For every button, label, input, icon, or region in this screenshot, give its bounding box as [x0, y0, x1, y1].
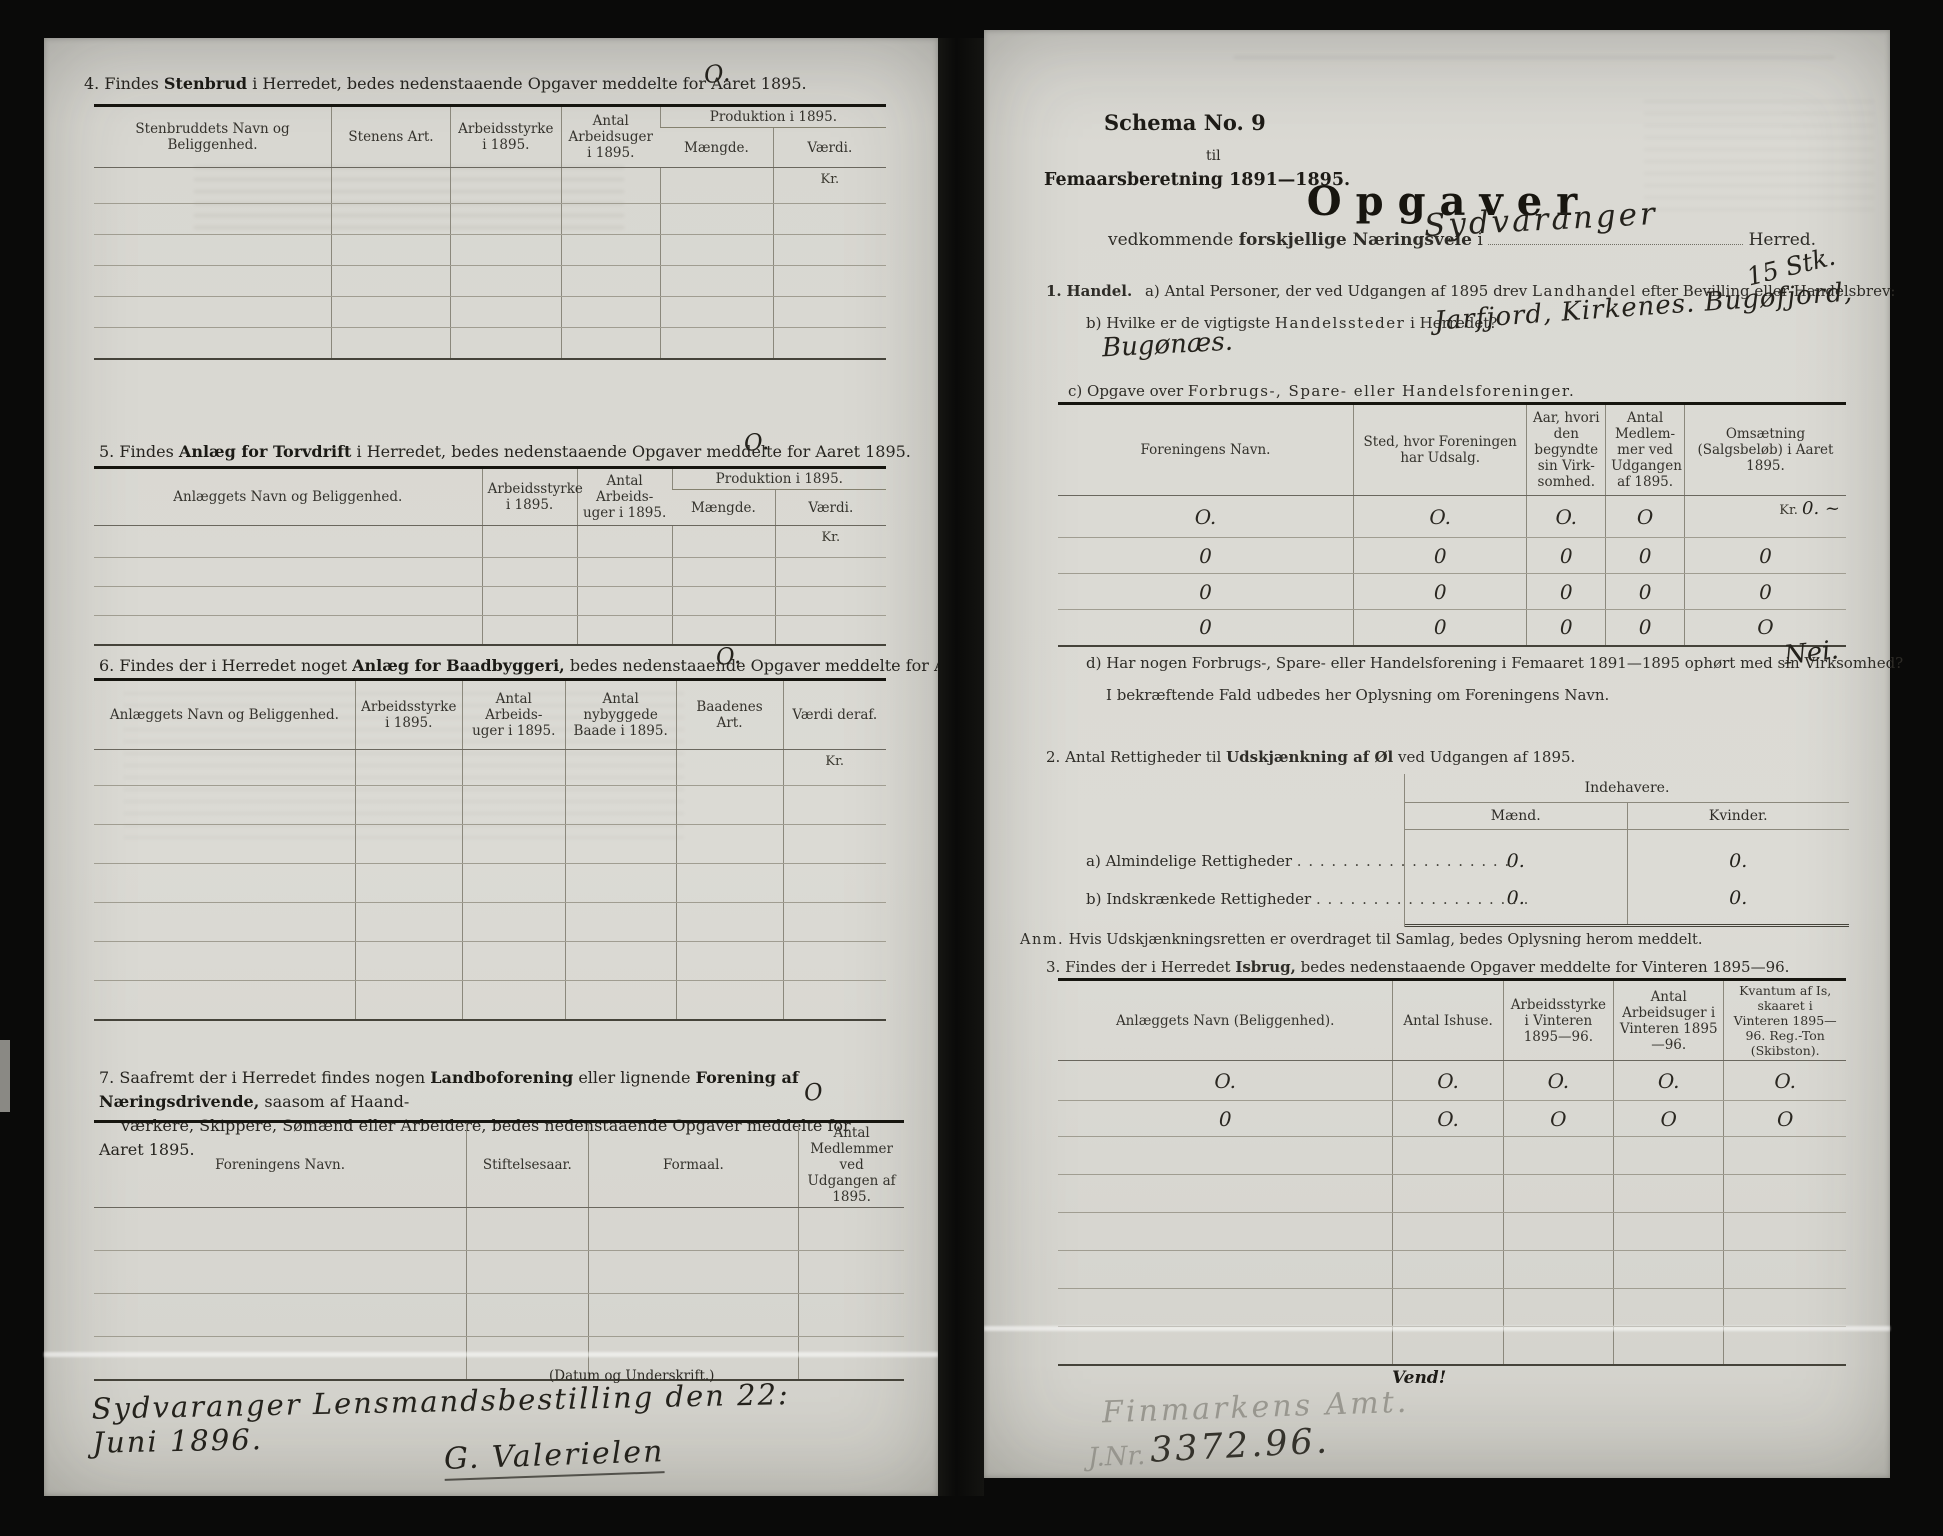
rettigheder-b-label: b) Indskrænkede Rettigheder [1086, 890, 1311, 908]
col-header: Antal Arbeids- uger i 1895. [577, 468, 672, 526]
col-header: Mængde. [672, 490, 775, 526]
empty-cell [577, 558, 672, 587]
rettigheder-a-line: a) Almindelige Rettigheder . . . . . . .… [1086, 852, 1510, 870]
section-d-line: d) Har nogen Forbrugs-, Spare- eller Han… [1086, 654, 1903, 672]
handwritten-zero: O. [1724, 1061, 1846, 1101]
section7-text: Saafremt der i Herredet findes nogen [119, 1068, 425, 1087]
empty-cell [561, 328, 660, 359]
section4-handwritten-answer: O. [703, 59, 732, 90]
col-header: Arbeidsstyrke i Vinteren 1895—96. [1503, 980, 1613, 1061]
empty-cell [1058, 1251, 1393, 1289]
empty-cell [355, 903, 462, 942]
empty-cell [94, 587, 482, 616]
col-header: Antal Arbeids- uger i 1895. [462, 680, 565, 750]
col-header: Arbeidsstyrke i 1895. [355, 680, 462, 750]
section7-text2: eller lignende [578, 1068, 690, 1087]
section3-title: 3. Findes der i Herredet Isbrug, bedes n… [1046, 958, 1789, 976]
empty-cell [450, 204, 561, 235]
empty-cell [1724, 1251, 1846, 1289]
section5-number: 5. [99, 442, 114, 461]
handwritten-zero: 0 [1354, 610, 1527, 646]
empty-cell [450, 297, 561, 328]
handwritten-zero: O [1614, 1101, 1724, 1137]
empty-cell [773, 328, 886, 359]
foreninger-table: Foreningens Navn. Sted, hvor Foreningen … [1058, 402, 1846, 647]
col-header: Værdi. [773, 128, 886, 168]
torvdrift-table: Anlæggets Navn og Beliggenhed. Arbeidsst… [94, 466, 886, 646]
table-row [94, 1251, 904, 1294]
empty-cell [660, 297, 773, 328]
handwritten-zero: 0 [1606, 574, 1685, 610]
empty-cell [450, 266, 561, 297]
handwritten-zero: O. [1503, 1061, 1613, 1101]
empty-cell [773, 266, 886, 297]
section6-handwritten-answer: O. [715, 643, 742, 671]
empty-cell [775, 558, 886, 587]
kr-value-cell: Kr. 0. ~ [1684, 496, 1846, 538]
table-row [94, 297, 886, 328]
empty-cell [660, 328, 773, 359]
empty-cell [783, 864, 886, 903]
empty-cell [450, 168, 561, 204]
col-header: Mængde. [660, 128, 773, 168]
empty-cell [588, 1208, 799, 1251]
handwritten-zero: O. [1614, 1061, 1724, 1101]
empty-cell [676, 750, 783, 786]
empty-cell [783, 981, 886, 1020]
col-header: Arbeidsstyrke i 1895. [450, 106, 561, 168]
section7-keyword1: Landboforening [430, 1068, 573, 1087]
handwritten-answer-1b-cont: Bugønæs. [1101, 327, 1233, 364]
schema-title: Schema No. 9 [1104, 110, 1266, 135]
empty-cell [467, 1208, 589, 1251]
empty-cell [94, 1208, 467, 1251]
table-row [94, 558, 886, 587]
table-row [94, 204, 886, 235]
empty-cell [799, 1251, 904, 1294]
empty-cell [94, 981, 355, 1020]
section-c-label: c) Opgave over Forbrugs-, Spare- eller H… [1068, 382, 1575, 400]
empty-cell [94, 266, 332, 297]
section1-keyword: Handel. [1066, 282, 1132, 300]
dotted-leader: . . . . . . . . . . . . . . . . . . . [1297, 852, 1510, 870]
kr-unit-cell: Kr. [773, 168, 886, 204]
table-row [94, 616, 886, 645]
section6-number: 6. [99, 656, 114, 675]
section4-title: 4. Findes Stenbrud i Herredet, bedes ned… [84, 74, 807, 93]
spacer-cell [1627, 830, 1850, 850]
empty-cell [1058, 1213, 1393, 1251]
handwritten-zero: 0 [1058, 574, 1354, 610]
empty-cell [482, 616, 577, 645]
empty-cell [561, 204, 660, 235]
anm-label: Anm. [1020, 932, 1064, 948]
spacer-cell [1405, 830, 1627, 850]
section-c-spaced: Forbrugs-, Spare- eller Handelsforeninge… [1188, 382, 1575, 400]
empty-cell [1058, 1137, 1393, 1175]
handwritten-zero: 0 [1527, 538, 1606, 574]
empty-cell [660, 168, 773, 204]
empty-cell [1614, 1251, 1724, 1289]
empty-cell [94, 558, 482, 587]
section7-text3: saasom af Haand- [264, 1092, 409, 1111]
col-header: Stiftelsesaar. [467, 1122, 589, 1208]
empty-cell [799, 1208, 904, 1251]
empty-cell [1393, 1327, 1503, 1365]
empty-cell [94, 204, 332, 235]
empty-cell [1614, 1213, 1724, 1251]
empty-cell [1614, 1137, 1724, 1175]
table-row: 0 O. O O O [1058, 1101, 1846, 1137]
empty-cell [565, 825, 676, 864]
col-header: Aar, hvori den begyndte sin Virk- somhed… [1527, 404, 1606, 496]
section5-text2: i Herredet, bedes nedenstaaende Opgaver … [356, 442, 910, 461]
section3-text: 3. Findes der i Herredet [1046, 958, 1231, 976]
stamp-number: 3372.96. [1149, 1421, 1331, 1470]
section5-title: 5. Findes Anlæg for Torvdrift i Herredet… [99, 442, 911, 461]
handwritten-zero: O. [1058, 1061, 1393, 1101]
isbrug-table: Anlæggets Navn (Beliggenhed). Antal Ishu… [1058, 978, 1846, 1366]
handwritten-zero: 0 [1354, 538, 1527, 574]
empty-cell [672, 616, 775, 645]
col-header: Arbeidsstyrke i 1895. [482, 468, 577, 526]
empty-cell [1614, 1289, 1724, 1327]
handwritten-zero: 0 [1058, 538, 1354, 574]
empty-cell [1614, 1327, 1724, 1365]
handwritten-zero: 0. ~ [1802, 498, 1840, 519]
empty-cell [799, 1294, 904, 1337]
table-row [94, 587, 886, 616]
handwritten-signature-name: G. Valerielen [443, 1434, 665, 1481]
col-header: Anlæggets Navn og Beliggenhed. [94, 468, 482, 526]
handwritten-zero: 0. [1627, 887, 1850, 924]
handwritten-zero: O. [1393, 1061, 1503, 1101]
empty-cell [467, 1251, 589, 1294]
col-header: Stenens Art. [332, 106, 451, 168]
handwritten-zero: 0. [1627, 850, 1850, 887]
col-header: Foreningens Navn. [94, 1122, 467, 1208]
table-row [94, 328, 886, 359]
empty-cell [783, 786, 886, 825]
table-row [94, 825, 886, 864]
col-header: Anlæggets Navn (Beliggenhed). [1058, 980, 1393, 1061]
section-c-text: c) Opgave over [1068, 382, 1183, 400]
handwritten-zero: 0 [1527, 574, 1606, 610]
empty-cell [1724, 1327, 1846, 1365]
indehavere-header: Indehavere. [1405, 774, 1849, 803]
empty-cell [676, 981, 783, 1020]
section2-text: 2. Antal Rettigheder til [1046, 748, 1221, 766]
empty-cell [462, 825, 565, 864]
empty-cell [783, 825, 886, 864]
section6-text: Findes der i Herredet noget [119, 656, 347, 675]
table-row [1058, 1251, 1846, 1289]
table-row: 0 0 0 0 O [1058, 610, 1846, 646]
empty-cell [94, 1251, 467, 1294]
empty-cell [94, 297, 332, 328]
empty-cell [450, 235, 561, 266]
anm-text: Hvis Udskjænkningsretten er overdraget t… [1069, 932, 1703, 948]
empty-cell [1724, 1175, 1846, 1213]
stamp-amt: Finmarkens Amt. [1101, 1385, 1409, 1431]
section6-keyword: Anlæg for Baadbyggeri, [352, 656, 565, 675]
empty-cell [462, 750, 565, 786]
empty-cell [1614, 1175, 1724, 1213]
handwritten-zero: 0 [1058, 610, 1354, 646]
handwritten-zero: 0 [1527, 610, 1606, 646]
empty-cell [332, 204, 451, 235]
scan-streak-artifact [44, 1352, 938, 1357]
empty-cell [588, 1294, 799, 1337]
col-header: Antal Ishuse. [1393, 980, 1503, 1061]
empty-cell [1503, 1327, 1613, 1365]
col-header: Stenbruddets Navn og Beliggenhed. [94, 106, 332, 168]
table-row [1058, 1327, 1846, 1365]
empty-cell [1724, 1289, 1846, 1327]
schema-til: til [1206, 148, 1221, 164]
empty-cell [783, 942, 886, 981]
col-header: Anlæggets Navn og Beliggenhed. [94, 680, 355, 750]
empty-cell [672, 526, 775, 558]
empty-cell [676, 786, 783, 825]
empty-cell [1393, 1137, 1503, 1175]
empty-cell [462, 903, 565, 942]
table-row: 0 0 0 0 0 [1058, 574, 1846, 610]
empty-cell [577, 616, 672, 645]
empty-cell [355, 981, 462, 1020]
empty-cell [332, 297, 451, 328]
table-row: O. O. O. O. O. [1058, 1061, 1846, 1101]
empty-cell [355, 864, 462, 903]
col-header: Kvantum af Is, skaaret i Vinteren 1895—9… [1724, 980, 1846, 1061]
handwritten-zero: 0 [1684, 538, 1846, 574]
empty-cell [332, 235, 451, 266]
section-d-text: d) Har nogen Forbrugs-, Spare- eller Han… [1086, 654, 1903, 672]
empty-cell [1058, 1289, 1393, 1327]
item-b-spaced-word: Handelssteder [1275, 314, 1405, 332]
section4-number: 4. [84, 74, 99, 93]
col-header: Antal Medlemmer ved Udgangen af 1895. [799, 1122, 904, 1208]
handwritten-zero: O. [1527, 496, 1606, 538]
empty-cell [660, 266, 773, 297]
empty-cell [94, 1337, 467, 1380]
empty-cell [577, 587, 672, 616]
col-header: Antal Medlem- mer ved Udgangen af 1895. [1606, 404, 1685, 496]
handwritten-answer-d: Nei. [1783, 635, 1841, 671]
table-row: Kr. [94, 526, 886, 558]
section5-text: Findes [119, 442, 173, 461]
empty-cell [676, 864, 783, 903]
handwritten-zero: O. [1058, 496, 1354, 538]
scan-edge-artifact [0, 1040, 10, 1112]
empty-cell [660, 204, 773, 235]
empty-cell [94, 1294, 467, 1337]
empty-cell [1503, 1289, 1613, 1327]
empty-cell [462, 864, 565, 903]
handwritten-zero: 0 [1606, 538, 1685, 574]
handwritten-zero: O. [1393, 1101, 1503, 1137]
empty-cell [561, 168, 660, 204]
col-header: Værdi. [775, 490, 886, 526]
scan-streak-artifact [984, 1326, 1890, 1331]
section5-handwritten-answer: O. [743, 429, 770, 457]
empty-cell [462, 786, 565, 825]
empty-cell [676, 903, 783, 942]
empty-cell [1503, 1137, 1613, 1175]
baadbyggeri-table: Anlæggets Navn og Beliggenhed. Arbeidsst… [94, 678, 886, 1021]
table-row [94, 864, 886, 903]
table-row [94, 1337, 904, 1380]
kvinder-header: Kvinder. [1627, 803, 1850, 829]
table-row [1058, 1137, 1846, 1175]
table-row: Kr. [94, 750, 886, 786]
handwritten-zero: 0 [1354, 574, 1527, 610]
empty-cell [773, 235, 886, 266]
empty-cell [1503, 1251, 1613, 1289]
table-row [1058, 1289, 1846, 1327]
section7-number: 7. [99, 1068, 114, 1087]
table-row: 0 0 0 0 0 [1058, 538, 1846, 574]
section2-text2: ved Udgangen af 1895. [1398, 748, 1575, 766]
scan-edge-artifact [938, 38, 984, 1496]
handwritten-zero: O [1724, 1101, 1846, 1137]
empty-cell [676, 942, 783, 981]
kr-unit: Kr. [1779, 503, 1798, 518]
empty-cell [773, 204, 886, 235]
empty-cell [561, 266, 660, 297]
col-group-header: Produktion i 1895. [672, 468, 886, 490]
empty-cell [462, 942, 565, 981]
empty-cell [561, 297, 660, 328]
table-row [94, 1294, 904, 1337]
empty-cell [775, 616, 886, 645]
empty-cell [775, 587, 886, 616]
empty-cell [672, 558, 775, 587]
handwritten-zero: O [1606, 496, 1685, 538]
section3-keyword: Isbrug, [1235, 958, 1295, 976]
section2-title: 2. Antal Rettigheder til Udskjænkning af… [1046, 748, 1575, 766]
empty-cell [1393, 1213, 1503, 1251]
empty-cell [462, 981, 565, 1020]
empty-cell [355, 786, 462, 825]
empty-cell [94, 786, 355, 825]
empty-cell [94, 864, 355, 903]
right-page: Schema No. 9 til Femaarsberetning 1891—1… [984, 30, 1890, 1478]
empty-cell [565, 903, 676, 942]
col-header: Formaal. [588, 1122, 799, 1208]
handwritten-zero: O [1503, 1101, 1613, 1137]
col-header: Baadenes Art. [676, 680, 783, 750]
empty-cell [565, 786, 676, 825]
empty-cell [1393, 1251, 1503, 1289]
empty-cell [577, 526, 672, 558]
empty-cell [94, 616, 482, 645]
empty-cell [482, 526, 577, 558]
kr-unit-cell: Kr. [775, 526, 886, 558]
dotted-leader: . . . . . . . . . . . . . . . . . . . [1316, 890, 1529, 908]
anm-note: Anm. Hvis Udskjænkningsretten er overdra… [1020, 932, 1702, 948]
empty-cell [1393, 1289, 1503, 1327]
empty-cell [332, 266, 451, 297]
table-row [94, 903, 886, 942]
empty-cell [565, 942, 676, 981]
left-page: 4. Findes Stenbrud i Herredet, bedes ned… [44, 38, 938, 1496]
empty-cell [332, 168, 451, 204]
empty-cell [94, 750, 355, 786]
empty-cell [94, 825, 355, 864]
empty-cell [783, 903, 886, 942]
empty-cell [355, 825, 462, 864]
section3-text2: bedes nedenstaaende Opgaver meddelte for… [1301, 958, 1790, 976]
empty-cell [467, 1294, 589, 1337]
table-row: Kr. [94, 168, 886, 204]
empty-cell [773, 297, 886, 328]
empty-cell [355, 942, 462, 981]
stamp-jnr: J.Nr. [1087, 1441, 1145, 1473]
empty-cell [355, 750, 462, 786]
empty-cell [332, 328, 451, 359]
empty-cell [561, 235, 660, 266]
section6-title: 6. Findes der i Herredet noget Anlæg for… [99, 656, 1030, 675]
handwritten-zero: 0 [1606, 610, 1685, 646]
col-header: Foreningens Navn. [1058, 404, 1354, 496]
empty-cell [482, 587, 577, 616]
section-d-note: I bekræftende Fald udbedes her Oplysning… [1106, 686, 1609, 704]
col-header: Værdi deraf. [783, 680, 886, 750]
item-a-text: Antal Personer, der ved Udgangen af 1895… [1165, 282, 1528, 300]
empty-cell [450, 328, 561, 359]
handwritten-zero: 0 [1684, 574, 1846, 610]
empty-cell [94, 235, 332, 266]
section1-number: 1. [1046, 282, 1062, 300]
col-header: Omsætning (Salgsbeløb) i Aaret 1895. [1684, 404, 1846, 496]
handwritten-zero: O. [1354, 496, 1527, 538]
section5-keyword: Anlæg for Torvdrift [179, 442, 351, 461]
empty-cell [1724, 1213, 1846, 1251]
stenbrud-table: Stenbruddets Navn og Beliggenhed. Stenen… [94, 104, 886, 360]
empty-cell [94, 168, 332, 204]
empty-cell [565, 981, 676, 1020]
section4-keyword: Stenbrud [164, 74, 247, 93]
col-header: Antal Arbeidsuger i 1895. [561, 106, 660, 168]
table-row [94, 786, 886, 825]
empty-cell [1724, 1137, 1846, 1175]
table-row [94, 235, 886, 266]
table-row [94, 942, 886, 981]
empty-cell [1503, 1175, 1613, 1213]
maend-header: Mænd. [1405, 803, 1627, 829]
empty-cell [1058, 1327, 1393, 1365]
table-row [94, 981, 886, 1020]
empty-cell [482, 558, 577, 587]
section7-handwritten-answer: O [802, 1079, 824, 1107]
empty-cell [1058, 1175, 1393, 1213]
empty-cell [672, 587, 775, 616]
empty-cell [94, 903, 355, 942]
col-header: Antal nybyggede Baade i 1895. [565, 680, 676, 750]
rettigheder-a-label: a) Almindelige Rettigheder [1086, 852, 1292, 870]
empty-cell [565, 864, 676, 903]
table-row [94, 1208, 904, 1251]
section2-keyword: Udskjænkning af Øl [1226, 748, 1393, 766]
handwritten-zero: 0 [1058, 1101, 1393, 1137]
empty-cell [1503, 1213, 1613, 1251]
col-header: Antal Arbeidsuger i Vinteren 1895—96. [1614, 980, 1724, 1061]
empty-cell [94, 942, 355, 981]
empty-cell [660, 235, 773, 266]
bleed-through-artifact [1234, 52, 1834, 68]
rettigheder-b-line: b) Indskrænkede Rettigheder . . . . . . … [1086, 890, 1529, 908]
